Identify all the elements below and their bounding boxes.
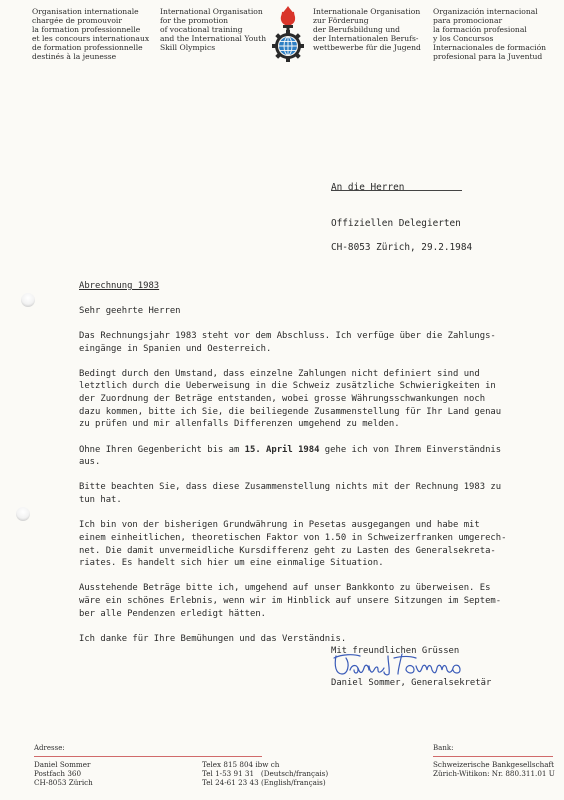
footer-rule-right — [433, 756, 553, 757]
paragraph-2: Bedingt durch den Umstand, dass einzelne… — [79, 368, 549, 432]
paragraph-3-before: Ohne Ihren Gegenbericht bis am — [79, 445, 245, 455]
letter-page: Organisation internationale chargée de p… — [0, 0, 564, 800]
recipient-line-1: An die Herren — [331, 182, 461, 194]
paragraph-4: Bitte beachten Sie, dass diese Zusammens… — [79, 481, 549, 506]
footer-address-label: Adresse: — [34, 744, 65, 752]
letterhead-spanish: Organización internacional para promocio… — [433, 8, 546, 61]
letterhead-german: Internationale Organisation zur Förderun… — [313, 8, 421, 53]
letterhead-english: International Organisation for the promo… — [160, 8, 266, 53]
footer-contact: Telex 815 804 ibw ch Tel 1-53 91 31 (Deu… — [202, 760, 328, 787]
subject-line: Abrechnung 1983 — [79, 280, 549, 293]
paragraph-7: Ich danke für Ihre Bemühungen und das Ve… — [79, 633, 549, 646]
letterhead-french: Organisation internationale chargée de p… — [32, 8, 149, 61]
paragraph-1: Das Rechnungsjahr 1983 steht vor dem Abs… — [79, 330, 549, 355]
footer-bank-label: Bank: — [433, 744, 453, 752]
paragraph-3: Ohne Ihren Gegenbericht bis am 15. April… — [79, 444, 549, 469]
footer-address: Daniel Sommer Postfach 360 CH-8053 Züric… — [34, 760, 93, 787]
letter-body: Abrechnung 1983 Sehr geehrte Herren Das … — [79, 280, 549, 658]
handwritten-signature-icon — [332, 652, 492, 680]
hole-punch-top — [21, 293, 35, 307]
recipient-line-2: Offiziellen Delegierten — [331, 218, 461, 230]
deadline-date: 15. April 1984 — [245, 445, 320, 455]
paragraph-6: Ausstehende Beträge bitte ich, umgehend … — [79, 582, 549, 620]
footer-rule-left — [34, 756, 262, 757]
footer-bank: Schweizerische Bankgesellschaft Zürich-W… — [433, 760, 555, 778]
flame-globe-gear-icon — [272, 4, 304, 64]
recipient-rule — [331, 190, 462, 191]
place-date: CH-8053 Zürich, 29.2.1984 — [331, 242, 472, 253]
recipient-block: An die Herren Offiziellen Delegierten — [331, 158, 461, 254]
paragraph-5: Ich bin von der bisherigen Grundwährung … — [79, 519, 549, 570]
hole-punch-bottom — [16, 507, 30, 521]
signer-name-title: Daniel Sommer, Generalsekretär — [331, 678, 491, 688]
salutation: Sehr geehrte Herren — [79, 305, 549, 318]
